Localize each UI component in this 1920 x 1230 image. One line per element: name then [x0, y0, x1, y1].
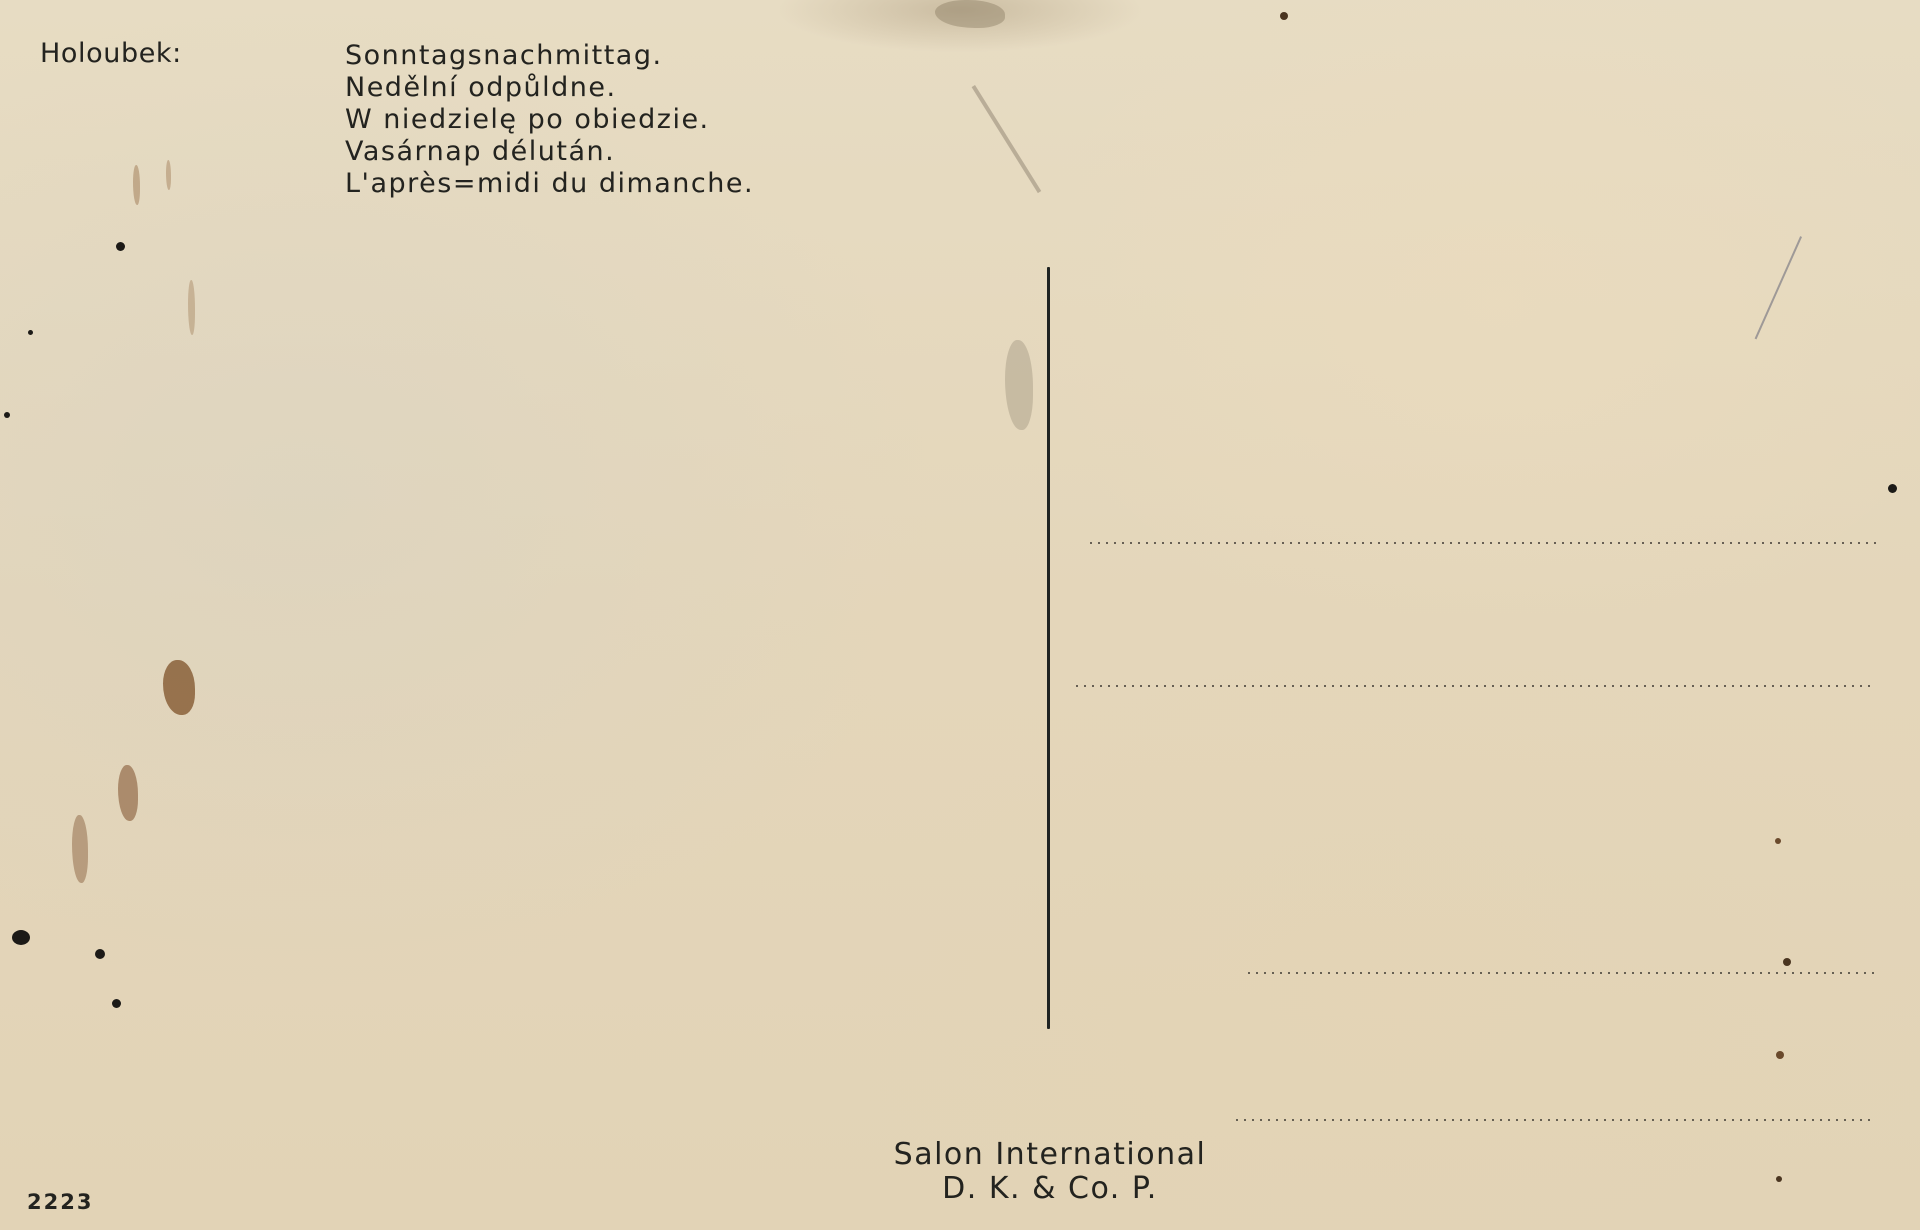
ink-dot: [1776, 1176, 1782, 1182]
ink-dot: [1776, 1051, 1784, 1059]
caption-label: Holoubek:: [40, 40, 182, 67]
ink-dot: [112, 999, 121, 1008]
address-line-4: [1233, 1119, 1873, 1121]
address-line-2: [1073, 685, 1873, 687]
caption-hungarian: Vasárnap délután.: [345, 136, 754, 168]
caption-czech: Nedělní odpůldne.: [345, 72, 754, 104]
postcard-back: [0, 0, 1920, 1230]
publisher-initials: D. K. & Co. P.: [860, 1172, 1240, 1206]
card-number: 2223: [27, 1192, 93, 1213]
address-line-1: [1087, 542, 1880, 544]
ink-dot: [28, 330, 33, 335]
ink-dot: [12, 930, 30, 945]
ink-dot: [4, 412, 10, 418]
caption-polish: W niedzielę po obiedzie.: [345, 104, 754, 136]
ink-dot: [1783, 958, 1791, 966]
stain-mark: [72, 815, 88, 883]
publisher-name: Salon International: [860, 1138, 1240, 1172]
ink-dot: [116, 242, 125, 251]
address-line-3: [1245, 972, 1877, 974]
stain-mark: [118, 765, 138, 821]
ink-dot: [1775, 838, 1781, 844]
caption-french: L'après=midi du dimanche.: [345, 168, 754, 200]
stain-mark: [166, 160, 171, 190]
caption-german: Sonntagsnachmittag.: [345, 40, 754, 72]
stain-mark: [133, 165, 140, 205]
ink-dot: [95, 949, 105, 959]
center-divider-line: [1047, 267, 1050, 1029]
caption-list: Sonntagsnachmittag. Nedělní odpůldne. W …: [345, 40, 754, 200]
stain-mark: [188, 280, 195, 335]
ink-dot: [1280, 12, 1288, 20]
publisher-imprint: Salon International D. K. & Co. P.: [860, 1138, 1240, 1206]
ink-dot: [1888, 484, 1897, 493]
